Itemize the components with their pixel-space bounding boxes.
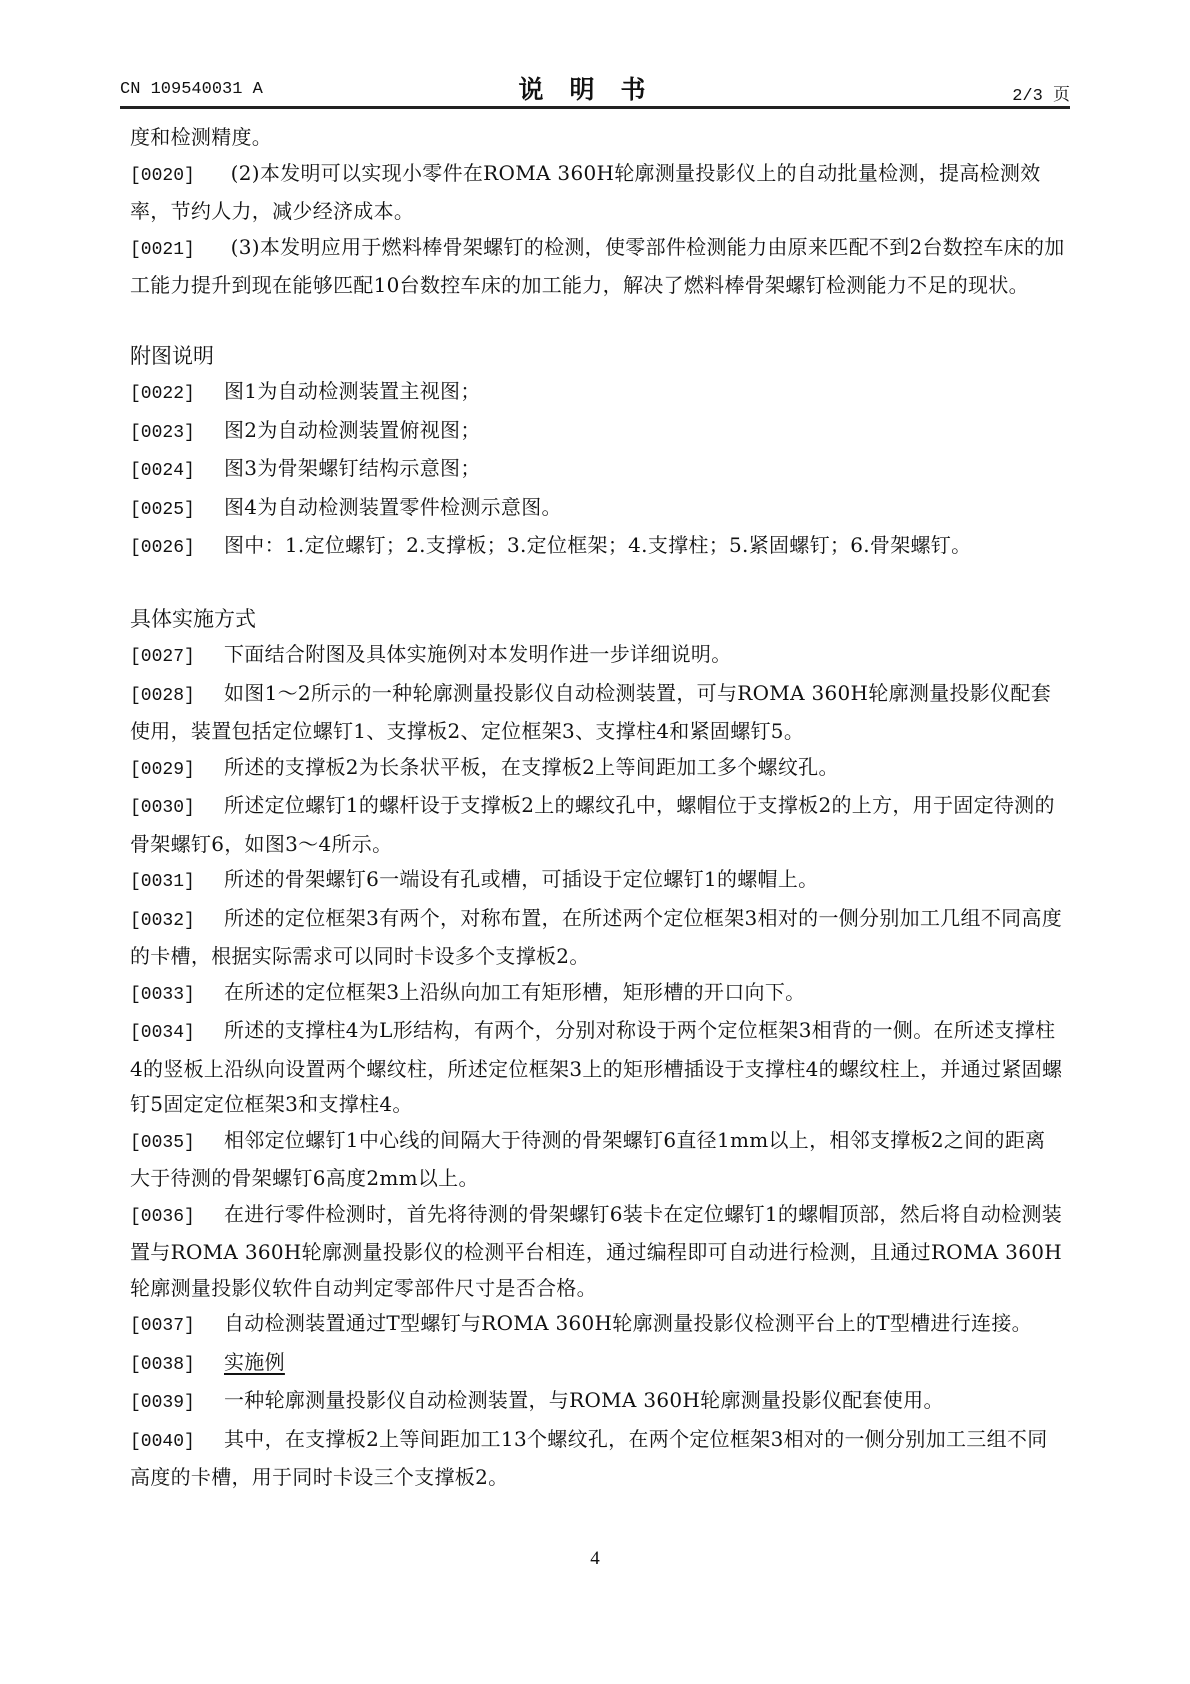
paragraph-0021: [0021] (3)本发明应用于燃料棒骨架螺钉的检测，使零部件检测能力由原来匹配… <box>130 230 1065 304</box>
paragraph-id: [0029] <box>130 753 224 789</box>
paragraph-text: 所述定位螺钉1的螺杆设于支撑板2上的螺纹孔中，螺帽位于支撑板2的上方，用于固定待… <box>130 793 1055 856</box>
paragraph-0039: [0039]一种轮廓测量投影仪自动检测装置，与ROMA 360H轮廓测量投影仪配… <box>130 1383 1065 1422</box>
paragraph-text: 在进行零件检测时，首先将待测的骨架螺钉6装卡在定位螺钉1的螺帽顶部，然后将自动检… <box>130 1202 1062 1300</box>
paragraph-0023: [0023]图2为自动检测装置俯视图； <box>130 413 1065 452</box>
page-footer: 4 <box>0 1548 1190 1570</box>
paragraph-text: 图4为自动检测装置零件检测示意图。 <box>224 495 562 519</box>
paragraph-text: 自动检测装置通过T型螺钉与ROMA 360H轮廓测量投影仪检测平台上的T型槽进行… <box>224 1311 1032 1335</box>
paragraph-0037: [0037]自动检测装置通过T型螺钉与ROMA 360H轮廓测量投影仪检测平台上… <box>130 1306 1065 1345</box>
paragraph-id: [0033] <box>130 978 224 1014</box>
paragraph-id: [0026] <box>130 531 224 567</box>
example-subheading: 实施例 <box>224 1350 285 1374</box>
paragraph-0024: [0024]图3为骨架螺钉结构示意图； <box>130 451 1065 490</box>
paragraph-text: 一种轮廓测量投影仪自动检测装置，与ROMA 360H轮廓测量投影仪配套使用。 <box>224 1388 944 1412</box>
paragraph-id: [0032] <box>130 904 224 940</box>
paragraph-id: [0021] <box>130 233 224 269</box>
paragraph-text: 在所述的定位框架3上沿纵向加工有矩形槽，矩形槽的开口向下。 <box>224 980 805 1004</box>
paragraph-0027: [0027]下面结合附图及具体实施例对本发明作进一步详细说明。 <box>130 637 1065 676</box>
paragraph-0020: [0020] (2)本发明可以实现小零件在ROMA 360H轮廓测量投影仪上的自… <box>130 156 1065 230</box>
paragraph-text: (3)本发明应用于燃料棒骨架螺钉的检测，使零部件检测能力由原来匹配不到2台数控车… <box>130 235 1065 298</box>
paragraph-id: [0023] <box>130 416 224 452</box>
paragraph-id: [0037] <box>130 1309 224 1345</box>
paragraph-id: [0035] <box>130 1126 224 1162</box>
paragraph-0028: [0028]如图1～2所示的一种轮廓测量投影仪自动检测装置，可与ROMA 360… <box>130 676 1065 750</box>
header-rule <box>120 106 1070 109</box>
page-indicator: 2/3 页 <box>1012 80 1070 106</box>
paragraph-0033: [0033]在所述的定位框架3上沿纵向加工有矩形槽，矩形槽的开口向下。 <box>130 975 1065 1014</box>
paragraph-0035: [0035]相邻定位螺钉1中心线的间隔大于待测的骨架螺钉6直径1mm以上，相邻支… <box>130 1123 1065 1197</box>
page-header: CN 109540031 A 说明书 2/3 页 <box>120 70 1070 104</box>
paragraph-0030: [0030]所述定位螺钉1的螺杆设于支撑板2上的螺纹孔中，螺帽位于支撑板2的上方… <box>130 788 1065 862</box>
paragraph-0022: [0022]图1为自动检测装置主视图； <box>130 374 1065 413</box>
paragraph-0031: [0031]所述的骨架螺钉6一端设有孔或槽，可插设于定位螺钉1的螺帽上。 <box>130 862 1065 901</box>
paragraph-0038: [0038]实施例 <box>130 1345 1065 1384</box>
paragraph-text: 图2为自动检测装置俯视图； <box>224 418 481 442</box>
document-title: 说明书 <box>120 70 1070 106</box>
section-heading-drawings: 附图说明 <box>130 339 1065 375</box>
paragraph-text: 图中：1.定位螺钉；2.支撑板；3.定位框架；4.支撑柱；5.紧固螺钉；6.骨架… <box>224 533 971 557</box>
paragraph-text: (2)本发明可以实现小零件在ROMA 360H轮廓测量投影仪上的自动批量检测，提… <box>130 161 1041 224</box>
paragraph-id: [0036] <box>130 1200 224 1236</box>
paragraph-id: [0031] <box>130 865 224 901</box>
paragraph-0036: [0036]在进行零件检测时，首先将待测的骨架螺钉6装卡在定位螺钉1的螺帽顶部，… <box>130 1197 1065 1307</box>
paragraph-0029: [0029]所述的支撑板2为长条状平板，在支撑板2上等间距加工多个螺纹孔。 <box>130 750 1065 789</box>
paragraph-id: [0040] <box>130 1425 224 1461</box>
paragraph-text: 其中，在支撑板2上等间距加工13个螺纹孔，在两个定位框架3相对的一侧分别加工三组… <box>130 1427 1048 1490</box>
paragraph-text: 所述的定位框架3有两个，对称布置，在所述两个定位框架3相对的一侧分别加工几组不同… <box>130 906 1062 969</box>
paragraph-text: 所述的支撑柱4为L形结构，有两个，分别对称设于两个定位框架3相背的一侧。在所述支… <box>130 1018 1062 1116</box>
paragraph-id: [0025] <box>130 493 224 529</box>
paragraph-text: 下面结合附图及具体实施例对本发明作进一步详细说明。 <box>224 642 732 666</box>
paragraph-id: [0022] <box>130 377 224 413</box>
page-number: 4 <box>590 1548 600 1569</box>
section-heading-embodiment: 具体实施方式 <box>130 602 1065 638</box>
paragraph-text: 如图1～2所示的一种轮廓测量投影仪自动检测装置，可与ROMA 360H轮廓测量投… <box>130 681 1051 744</box>
paragraph-0034: [0034]所述的支撑柱4为L形结构，有两个，分别对称设于两个定位框架3相背的一… <box>130 1013 1065 1123</box>
paragraph-id: [0030] <box>130 791 224 827</box>
paragraph-text: 相邻定位螺钉1中心线的间隔大于待测的骨架螺钉6直径1mm以上，相邻支撑板2之间的… <box>130 1128 1045 1191</box>
paragraph-text: 所述的支撑板2为长条状平板，在支撑板2上等间距加工多个螺纹孔。 <box>224 755 839 779</box>
paragraph-0025: [0025]图4为自动检测装置零件检测示意图。 <box>130 490 1065 529</box>
paragraph-0026: [0026]图中：1.定位螺钉；2.支撑板；3.定位框架；4.支撑柱；5.紧固螺… <box>130 528 1065 567</box>
paragraph-id: [0028] <box>130 679 224 715</box>
document-body: 度和检测精度。 [0020] (2)本发明可以实现小零件在ROMA 360H轮廓… <box>130 120 1065 1496</box>
paragraph-text: 图3为骨架螺钉结构示意图； <box>224 456 481 480</box>
paragraph-id: [0024] <box>130 454 224 490</box>
paragraph-id: [0020] <box>130 159 224 195</box>
paragraph-id: [0038] <box>130 1348 224 1384</box>
continuation-text: 度和检测精度。 <box>130 120 1065 156</box>
paragraph-0040: [0040]其中，在支撑板2上等间距加工13个螺纹孔，在两个定位框架3相对的一侧… <box>130 1422 1065 1496</box>
paragraph-text: 图1为自动检测装置主视图； <box>224 379 481 403</box>
paragraph-id: [0027] <box>130 640 224 676</box>
paragraph-text: 所述的骨架螺钉6一端设有孔或槽，可插设于定位螺钉1的螺帽上。 <box>224 867 818 891</box>
paragraph-id: [0039] <box>130 1386 224 1422</box>
paragraph-0032: [0032]所述的定位框架3有两个，对称布置，在所述两个定位框架3相对的一侧分别… <box>130 901 1065 975</box>
paragraph-id: [0034] <box>130 1016 224 1052</box>
